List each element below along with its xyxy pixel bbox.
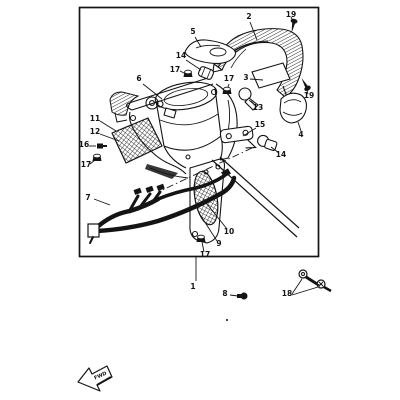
callout-part-19-top: 19 (286, 10, 296, 19)
bolt-8-drawing (237, 293, 248, 300)
speck (226, 319, 228, 321)
callout-part-8: 8 (222, 289, 227, 298)
callout-part-9: 9 (216, 239, 221, 248)
callout-part-14-upper: 14 (176, 51, 186, 60)
bolt-18b-drawing (317, 280, 331, 291)
stay-rods-drawing (212, 157, 299, 237)
bulb-socket-14-right-drawing (256, 134, 278, 151)
callout-part-17-b: 17 (224, 74, 234, 83)
callout-part-17-a: 17 (170, 65, 180, 74)
callout-part-19-right: 19 (304, 91, 314, 100)
callout-part-3: 3 (243, 73, 248, 82)
callout-part-4: 4 (298, 130, 303, 139)
callout-part-16: 16 (79, 140, 89, 149)
reflector-drawing (112, 118, 162, 163)
nut-17c-drawing (93, 154, 102, 161)
callout-part-1: 1 (190, 282, 195, 291)
callout-part-2: 2 (246, 12, 251, 21)
bulb-socket-14-upper-drawing (198, 66, 215, 81)
screw-19-right-drawing (298, 76, 311, 92)
callout-part-11: 11 (90, 114, 100, 123)
callout-part-13: 13 (253, 103, 263, 112)
nut-17d-drawing (197, 235, 206, 242)
bolt-16-drawing (97, 144, 107, 149)
callout-part-17-c: 17 (81, 160, 91, 169)
callout-part-17-d: 17 (200, 250, 210, 259)
callout-part-12: 12 (90, 127, 100, 136)
fwd-direction-icon: FWD (78, 366, 112, 391)
callout-part-5: 5 (190, 27, 195, 36)
bulb-holder-bracket-drawing (110, 92, 138, 122)
bracket-drawing (220, 126, 256, 152)
callout-part-7: 7 (85, 193, 90, 202)
callout-part-18: 18 (282, 289, 292, 298)
parts-diagram-page: 1 2 3 4 5 6 7 8 9 10 11 12 13 14 14 15 1… (0, 0, 400, 400)
callout-part-14-right: 14 (276, 150, 286, 159)
callout-part-15: 15 (255, 120, 265, 129)
parts-diagram-canvas: 1 2 3 4 5 6 7 8 9 10 11 12 13 14 14 15 1… (0, 0, 400, 400)
callout-part-10: 10 (224, 227, 234, 236)
callout-part-6: 6 (136, 74, 141, 83)
nut-17b-drawing (223, 87, 232, 94)
